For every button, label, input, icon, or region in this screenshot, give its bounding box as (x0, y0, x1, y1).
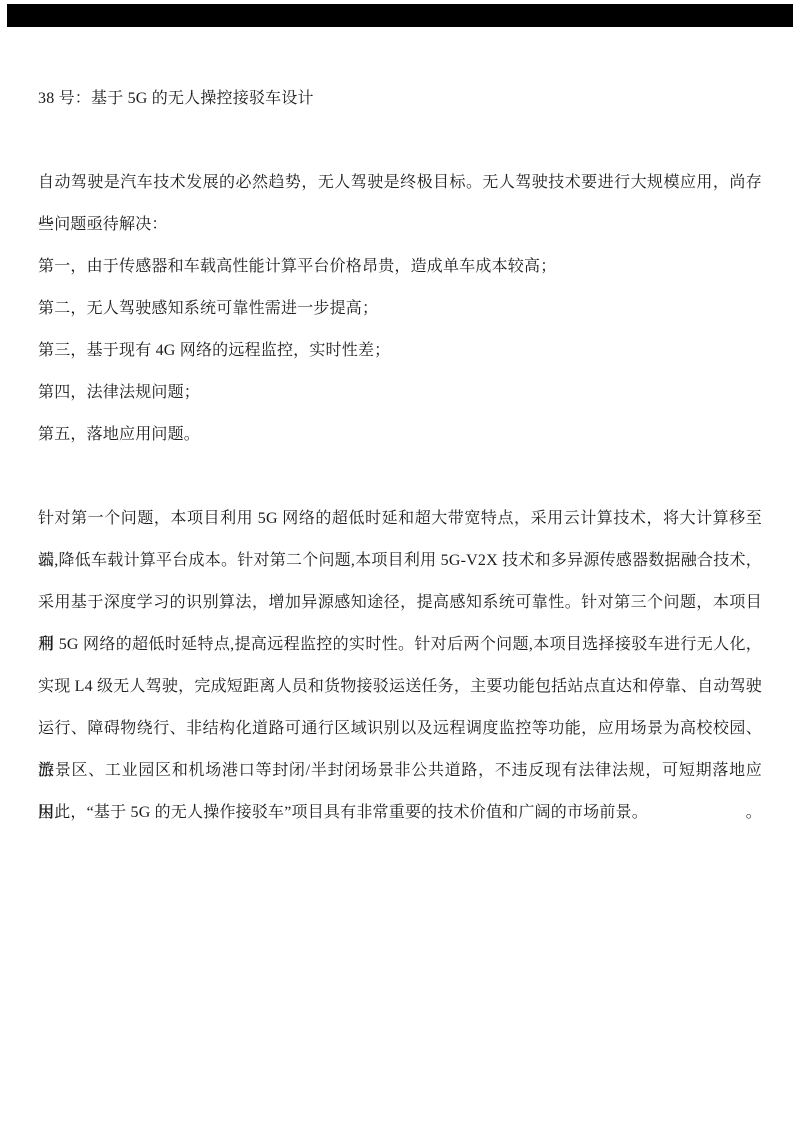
problem-item-5: 第五，落地应用问题。 (38, 414, 762, 456)
solution-line-4: 用 5G 网络的超低时延特点,提高远程监控的实时性。针对后两个问题,本项目选择接… (38, 624, 762, 666)
solution-line-1: 针对第一个问题，本项目利用 5G 网络的超低时延和超大带宽特点，采用云计算技术，… (38, 498, 762, 540)
problem-item-2: 第二，无人驾驶感知系统可靠性需进一步提高； (38, 288, 762, 330)
problem-item-1: 第一，由于传感器和车载高性能计算平台价格昂贵，造成单车成本较高； (38, 246, 762, 288)
solution-line-2: 端,降低车载计算平台成本。针对第二个问题,本项目利用 5G-V2X 技术和多异源… (38, 540, 762, 582)
problem-item-4: 第四，法律法规问题； (38, 372, 762, 414)
intro-paragraph: 自动驾驶是汽车技术发展的必然趋势，无人驾驶是终极目标。无人驾驶技术要进行大规模应… (38, 162, 762, 246)
document-body: 38 号：基于 5G 的无人操控接驳车设计 自动驾驶是汽车技术发展的必然趋势，无… (0, 0, 800, 834)
problem-item-3: 第三，基于现有 4G 网络的远程监控，实时性差； (38, 330, 762, 372)
document-title: 38 号：基于 5G 的无人操控接驳车设计 (38, 78, 762, 120)
solution-line-6: 运行、障碍物绕行、非结构化道路可通行区域识别以及远程调度监控等功能，应用场景为高… (38, 708, 762, 750)
solution-line-5: 实现 L4 级无人驾驶，完成短距离人员和货物接驳运送任务，主要功能包括站点直达和… (38, 666, 762, 708)
solution-line-7: 游景区、工业园区和机场港口等封闭/半封闭场景非公共道路，不违反现有法律法规，可短… (38, 750, 762, 792)
problem-list: 第一，由于传感器和车载高性能计算平台价格昂贵，造成单车成本较高； 第二，无人驾驶… (38, 246, 762, 456)
intro-line-1: 自动驾驶是汽车技术发展的必然趋势，无人驾驶是终极目标。无人驾驶技术要进行大规模应… (38, 162, 762, 204)
spacer-line (38, 456, 762, 498)
solution-line-3: 采用基于深度学习的识别算法，增加异源感知途径，提高感知系统可靠性。针对第三个问题… (38, 582, 762, 624)
spacer-line (38, 120, 762, 162)
intro-line-2: 些问题亟待解决： (38, 204, 762, 246)
document-page: 38 号：基于 5G 的无人操控接驳车设计 自动驾驶是汽车技术发展的必然趋势，无… (0, 0, 800, 1131)
solution-paragraph: 针对第一个问题，本项目利用 5G 网络的超低时延和超大带宽特点，采用云计算技术，… (38, 498, 762, 834)
